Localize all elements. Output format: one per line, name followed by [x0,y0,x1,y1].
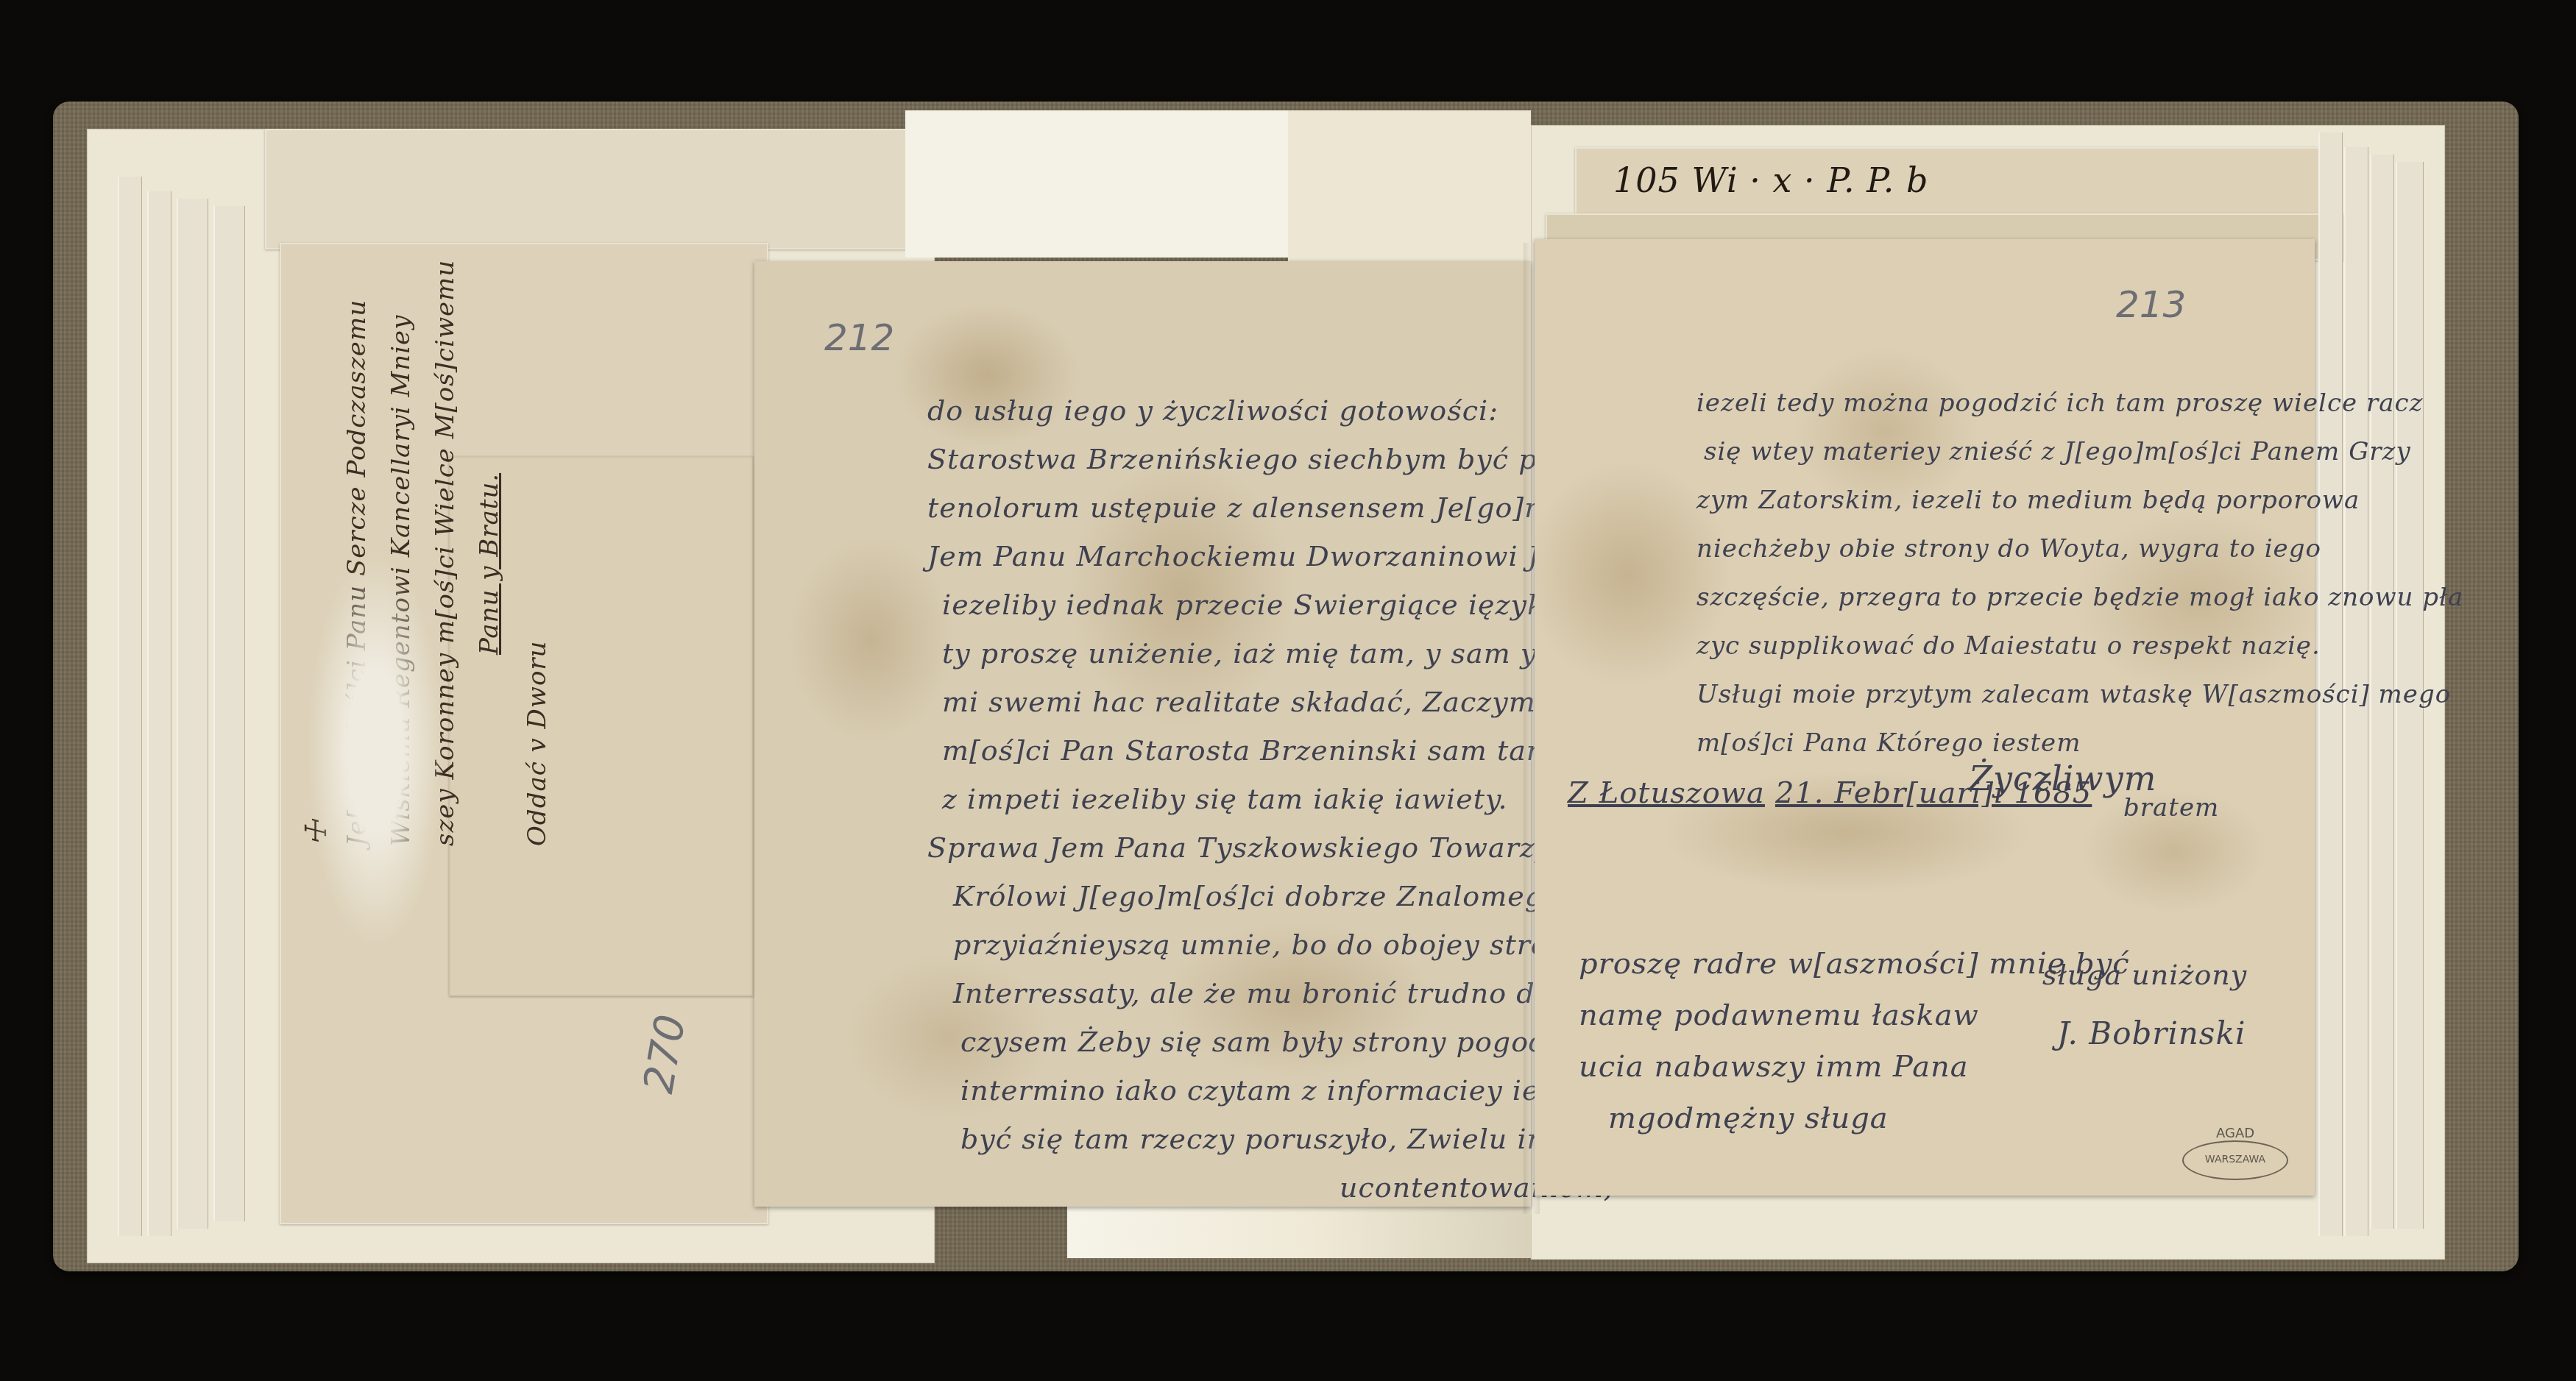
stamp-inner: WARSZAWA [2184,1142,2287,1177]
folio-number-212: 212 [824,316,894,359]
stamp-top: AGAD [2184,1126,2287,1141]
letter-line: się wtey materiey znieść z J[ego]m[oś]ci… [1696,427,2463,476]
letter-line: szczęście, przegra to przecie będzie mog… [1696,573,2463,622]
left-leaf-stack [213,206,245,1221]
left-leaf-stack [118,177,142,1236]
letter-line: Usługi moie przytym zalecam wtaskę W[asz… [1696,670,2463,719]
letter-line: niechżeby obie strony do Woyta, wygra to… [1696,525,2463,573]
left-leaf-stack [147,191,171,1236]
left-leaf-stack [177,199,208,1229]
letter-page-left: 212 do usług iego y życzliwości gotowośc… [754,261,1531,1207]
address-line: Panu y Bratu. [467,272,512,846]
valediction: bratem [2123,784,2219,832]
delivery-note: Oddać v Dworu [512,272,563,846]
guard-leaf [1288,110,1531,265]
top-leaf-left [265,129,916,249]
guard-leaf [905,110,1288,258]
folio-number-213: 213 [2116,283,2186,326]
signature-line: sługa uniżony [2042,945,2247,1004]
paper-loss-patch [309,559,442,942]
signature: sługa uniżony J. Bobrinski [2042,945,2247,1063]
fragment-text: 105 Wi · x · P. P. b [1613,156,1928,205]
letter-line: zym Zatorskim, iezeli to medium będą por… [1696,476,2463,525]
letter-line: iezeli tedy można pogodzić ich tam prosz… [1696,379,2463,427]
spine-guard-bottom [1067,1207,1553,1258]
letter-body-right: iezeli tedy można pogodzić ich tam prosz… [1696,379,2463,767]
signature-name: J. Bobrinski [2042,1004,2247,1063]
archive-stamp: AGAD WARSZAWA [2182,1140,2288,1180]
postscript-line: mgodmężny sługa [1579,1093,2130,1144]
letter-page-right: 213 iezeli tedy można pogodzić ich tam p… [1535,239,2315,1196]
dateline-place: Z Łotuszowa [1568,769,1765,817]
letter-line: zyc supplikować do Maiestatu o respekt n… [1696,622,2463,670]
